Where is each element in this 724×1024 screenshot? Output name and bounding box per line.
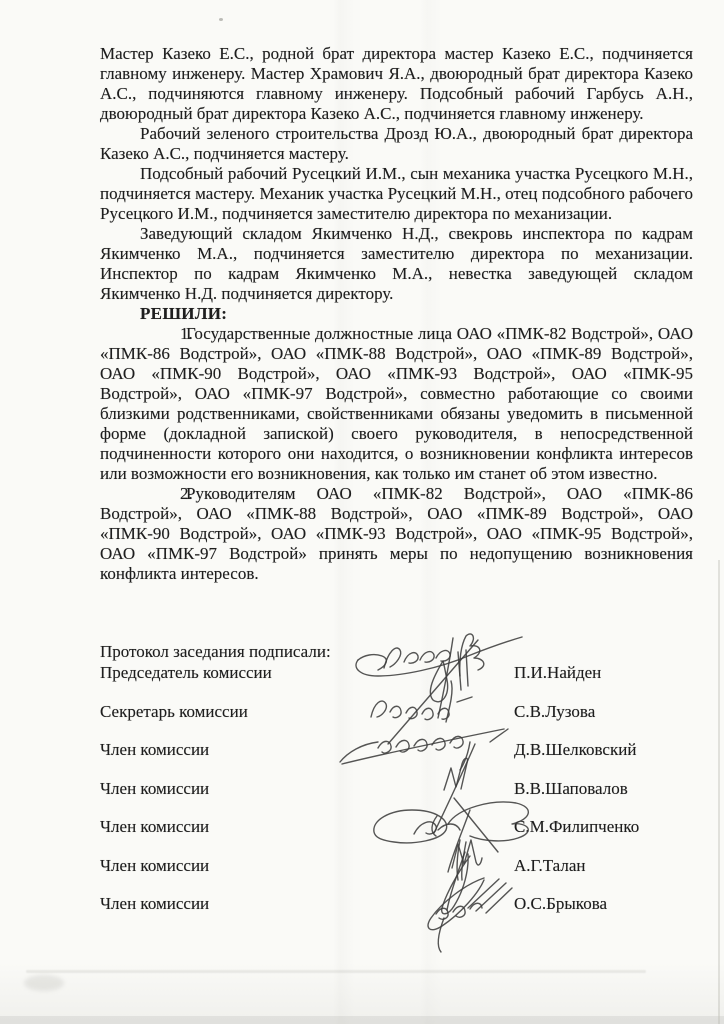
signature-row-member-4: Член комиссии А.Г.Талан [100,855,693,876]
sig-label: Член комиссии [100,855,209,876]
signature-row-secretary: Секретарь комиссии С.В.Лузова [100,701,693,722]
sig-label: Член комиссии [100,778,209,799]
scan-speck [219,18,223,21]
scanned-protocol-page: Мастер Казеко Е.С., родной брат директор… [0,0,724,1024]
body-paragraph-2: Рабочий зеленого строительства Дрозд Ю.А… [100,124,693,164]
resolution-heading: РЕШИЛИ: [100,304,693,324]
sig-name: С.М.Филипченко [514,816,639,837]
sig-name: П.И.Найден [514,662,601,683]
sig-name: А.Г.Талан [514,855,585,876]
sig-name: Д.В.Шелковский [514,739,636,760]
signature-intro: Протокол заседания подписали: [100,641,693,662]
resolution-number: 1. [140,324,186,344]
sig-name: В.В.Шаповалов [514,778,628,799]
sig-label: Член комиссии [100,739,209,760]
signature-row-member-3: Член комиссии С.М.Филипченко [100,816,693,837]
resolution-item-2: 2.Руководителям ОАО «ПМК-82 Водстрой», О… [100,484,693,584]
body-paragraph-1: Мастер Казеко Е.С., родной брат директор… [100,44,693,124]
sig-label: Член комиссии [100,816,209,837]
sig-name: С.В.Лузова [514,701,595,722]
signature-section: Протокол заседания подписали: Председате… [100,641,693,914]
scan-edge-line [718,560,720,1024]
resolution-item-1: 1.Государственные должностные лица ОАО «… [100,324,693,484]
scan-streak [26,970,646,973]
signature-row-member-2: Член комиссии В.В.Шаповалов [100,778,693,799]
sig-name: О.С.Брыкова [514,893,607,914]
body-paragraph-4: Заведующий складом Якимченко Н.Д., свекр… [100,224,693,304]
resolution-text: Государственные должностные лица ОАО «ПМ… [100,324,693,483]
document-body: Мастер Казеко Е.С., родной брат директор… [100,44,693,584]
resolution-number: 2. [140,484,186,504]
sig-label: Председатель комиссии [100,662,272,683]
signature-row-member-5: Член комиссии О.С.Брыкова [100,893,693,914]
scan-bottom-shadow [0,1016,724,1024]
body-paragraph-3: Подсобный рабочий Русецкий И.М., сын мех… [100,164,693,224]
sig-label: Секретарь комиссии [100,701,248,722]
resolution-text: Руководителям ОАО «ПМК-82 Водстрой», ОАО… [100,484,693,583]
scan-smudge [24,975,64,991]
signature-row-chairman: Председатель комиссии П.И.Найден [100,662,693,683]
sig-label: Член комиссии [100,893,209,914]
signature-row-member-1: Член комиссии Д.В.Шелковский [100,739,693,760]
